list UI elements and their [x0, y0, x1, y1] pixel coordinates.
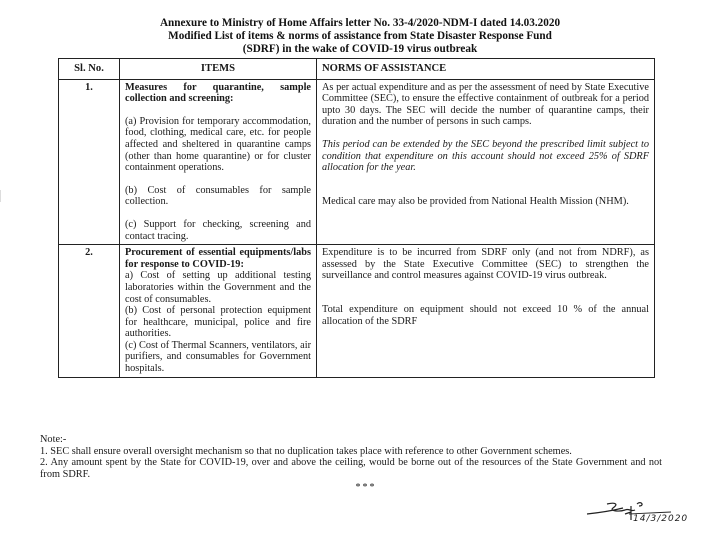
signature: 14/3/2020 — [585, 492, 695, 532]
item-sub-b: (b) Cost of personal protection equipmen… — [125, 305, 311, 340]
notes-section: Note:- 1. SEC shall ensure overall overs… — [40, 434, 662, 494]
item-sub-b: (b) Cost of consumables for sample colle… — [125, 185, 311, 208]
table-row: 2. Procurement of essential equipments/l… — [59, 245, 655, 378]
notes-label: Note:- — [40, 434, 662, 446]
item-heading: Procurement of essential equipments/labs… — [125, 247, 311, 270]
item-sub-a: (a) Provision for temporary accommodatio… — [125, 116, 311, 174]
end-mark: *** — [40, 482, 662, 494]
note-item: 2. Any amount spent by the State for COV… — [40, 457, 662, 480]
norm-paragraph: As per actual expenditure and as per the… — [322, 82, 649, 128]
norms-cell: As per actual expenditure and as per the… — [317, 79, 655, 245]
items-cell: Measures for quarantine, sample collecti… — [120, 79, 317, 245]
norms-cell: Expenditure is to be incurred from SDRF … — [317, 245, 655, 378]
note-item: 1. SEC shall ensure overall oversight me… — [40, 446, 662, 458]
title-line-3: (SDRF) in the wake of COVID-19 virus out… — [0, 43, 720, 56]
title-line-1: Annexure to Ministry of Home Affairs let… — [0, 17, 720, 30]
item-sub-a: a) Cost of setting up additional testing… — [125, 270, 311, 305]
item-heading: Measures for quarantine, sample collecti… — [125, 82, 311, 105]
sl-no-cell: 2. — [59, 245, 120, 378]
document-title: Annexure to Ministry of Home Affairs let… — [0, 17, 720, 57]
norm-paragraph: Expenditure is to be incurred from SDRF … — [322, 247, 649, 282]
table-row: 1. Measures for quarantine, sample colle… — [59, 79, 655, 245]
scan-artifact — [0, 190, 1, 202]
item-sub-c: (c) Support for checking, screening and … — [125, 219, 311, 242]
items-cell: Procurement of essential equipments/labs… — [120, 245, 317, 378]
item-sub-c: (c) Cost of Thermal Scanners, ventilator… — [125, 340, 311, 375]
table-header-row: Sl. No. ITEMS NORMS OF ASSISTANCE — [59, 59, 655, 80]
column-header-sl-no: Sl. No. — [59, 59, 120, 80]
column-header-norms: NORMS OF ASSISTANCE — [317, 59, 655, 80]
norms-table: Sl. No. ITEMS NORMS OF ASSISTANCE 1. Mea… — [58, 58, 655, 378]
signature-date: 14/3/2020 — [633, 514, 688, 524]
norm-paragraph: Total expenditure on equipment should no… — [322, 304, 649, 327]
column-header-items: ITEMS — [120, 59, 317, 80]
norm-paragraph: Medical care may also be provided from N… — [322, 196, 649, 208]
title-line-2: Modified List of items & norms of assist… — [0, 30, 720, 43]
norm-paragraph-italic: This period can be extended by the SEC b… — [322, 139, 649, 174]
signature-scribble-icon — [585, 492, 695, 532]
sl-no-cell: 1. — [59, 79, 120, 245]
